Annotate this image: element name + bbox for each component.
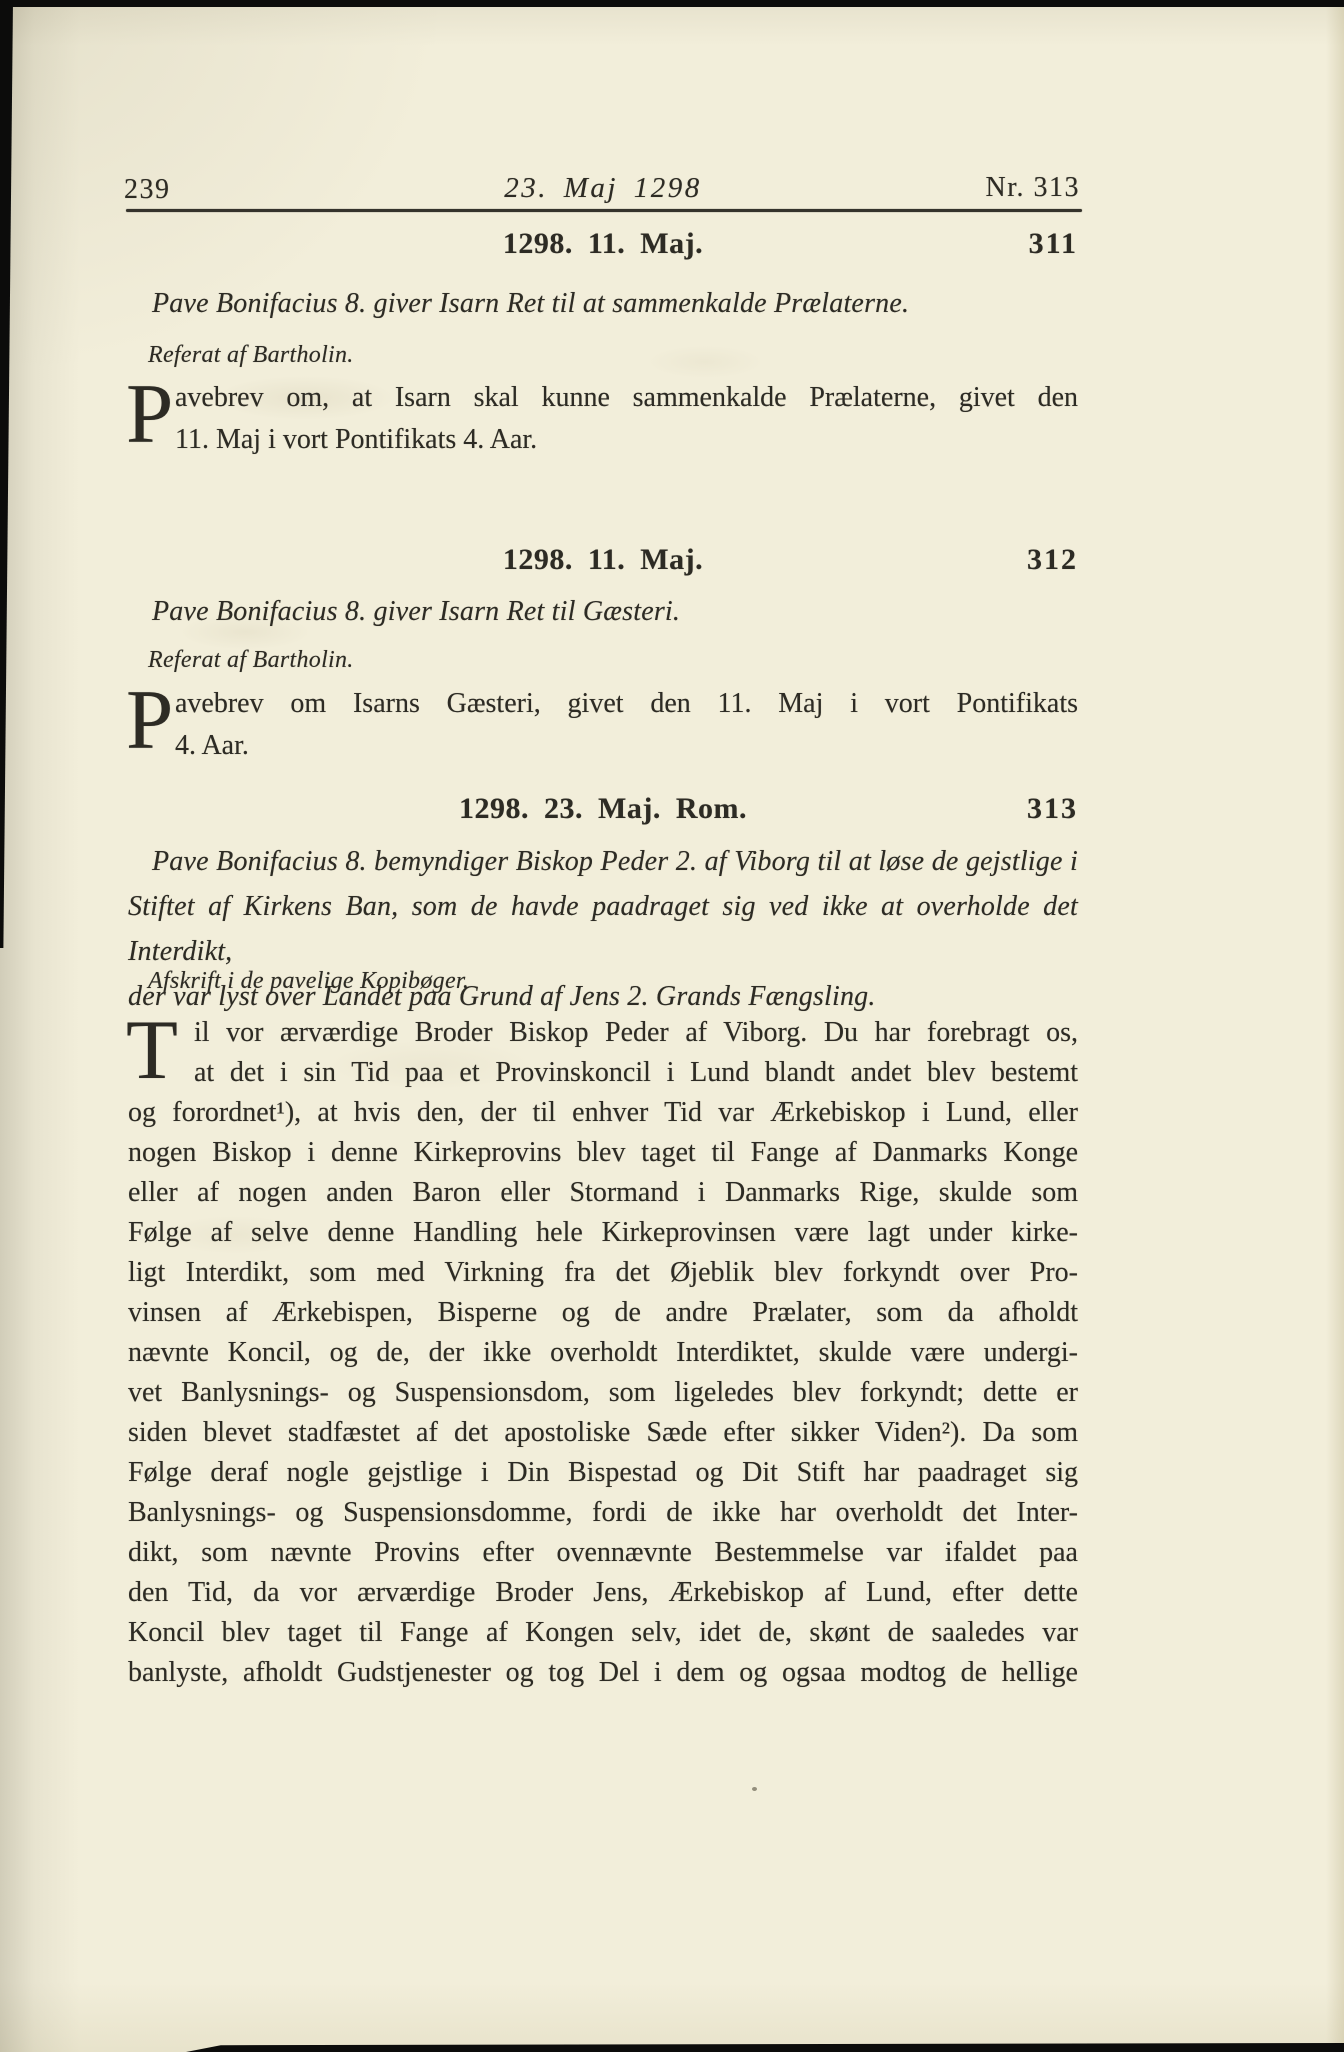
body-line: dikt, som nævnte Provins efter ovennævnt… <box>128 1533 1078 1573</box>
body-line: 4. Aar. <box>175 725 1078 767</box>
entry-313-body: T il vor ærværdige Broder Biskop Peder a… <box>128 1013 1078 1693</box>
running-number-ref: Nr. 313 <box>986 172 1081 204</box>
dropcap-letter: T <box>126 1009 178 1091</box>
entry-311-date: 1298. 11. Maj. <box>128 227 1078 261</box>
entry-311-heading: 1298. 11. Maj. 311 <box>128 227 1078 263</box>
ink-speck <box>752 1787 757 1791</box>
body-line: nævnte Koncil, og de, der ikke overholdt… <box>128 1333 1078 1373</box>
body-line: siden blevet stadfæstet af det apostolis… <box>128 1413 1078 1453</box>
body-line: Banlysnings- og Suspensionsdomme, fordi … <box>128 1493 1078 1533</box>
entry-312-source: Referat af Bartholin. <box>128 647 1078 674</box>
body-line: Følge af selve denne Handling hele Kirke… <box>128 1213 1078 1253</box>
body-line: ligt Interdikt, som med Virkning fra det… <box>128 1253 1078 1293</box>
body-line: vet Banlysnings- og Suspensionsdom, som … <box>128 1373 1078 1413</box>
body-line: at det i sin Tid paa et Provinskoncil i … <box>194 1053 1078 1093</box>
running-head: 239 23. Maj 1298 Nr. 313 <box>128 172 1078 208</box>
entry-311-body: P avebrev om, at Isarn skal kunne sammen… <box>128 377 1078 461</box>
dropcap-letter: P <box>126 373 173 455</box>
entry-311-number: 311 <box>1029 227 1078 261</box>
running-title: 23. Maj 1298 <box>128 172 1078 205</box>
body-line: og forordnet¹), at hvis den, der til enh… <box>128 1093 1078 1133</box>
entry-312-heading: 1298. 11. Maj. 312 <box>128 543 1078 579</box>
body-line: il vor ærværdige Broder Biskop Peder af … <box>194 1013 1078 1053</box>
entry-311-summary: Pave Bonifacius 8. giver Isarn Ret til a… <box>128 288 1078 320</box>
summary-line: Pave Bonifacius 8. bemyndiger Biskop Ped… <box>128 839 1078 884</box>
scan-edge-bottom <box>186 2043 1344 2052</box>
body-line: avebrev om Isarns Gæsteri, givet den 11.… <box>175 683 1078 725</box>
entry-311-source: Referat af Bartholin. <box>128 342 1078 369</box>
body-line: banlyste, afholdt Gudstjenester og tog D… <box>128 1653 1078 1693</box>
body-line: den Tid, da vor ærværdige Broder Jens, Æ… <box>128 1573 1078 1613</box>
entry-313-source: Afskrift i de pavelige Kopibøger. <box>128 968 1078 995</box>
body-line: eller af nogen anden Baron eller Storman… <box>128 1173 1078 1213</box>
body-line: nogen Biskop i denne Kirkeprovins blev t… <box>128 1133 1078 1173</box>
header-rule <box>126 209 1082 212</box>
entry-313-number: 313 <box>1027 792 1078 826</box>
summary-line: Stiftet af Kirkens Ban, som de havde paa… <box>128 884 1078 974</box>
entry-312-body: P avebrev om Isarns Gæsteri, givet den 1… <box>128 683 1078 767</box>
scan-edge-top <box>0 0 1344 7</box>
dropcap-letter: P <box>126 679 173 761</box>
entry-313-heading: 1298. 23. Maj. Rom. 313 <box>128 792 1078 828</box>
entry-312-date: 1298. 11. Maj. <box>128 543 1078 577</box>
entry-313-date: 1298. 23. Maj. Rom. <box>128 792 1078 826</box>
scanned-book-page: 239 23. Maj 1298 Nr. 313 1298. 11. Maj. … <box>0 0 1344 2052</box>
body-line: avebrev om, at Isarn skal kunne sammenka… <box>175 377 1078 419</box>
entry-312-summary: Pave Bonifacius 8. giver Isarn Ret til G… <box>128 596 1078 628</box>
entry-312-number: 312 <box>1027 543 1078 577</box>
body-line: Følge deraf nogle gejstlige i Din Bispes… <box>128 1453 1078 1493</box>
body-line: vinsen af Ærkebispen, Bisperne og de and… <box>128 1293 1078 1333</box>
body-line: 11. Maj i vort Pontifikats 4. Aar. <box>175 419 1078 461</box>
scan-edge-left <box>0 0 13 948</box>
body-line: Koncil blev taget til Fange af Kongen se… <box>128 1613 1078 1653</box>
